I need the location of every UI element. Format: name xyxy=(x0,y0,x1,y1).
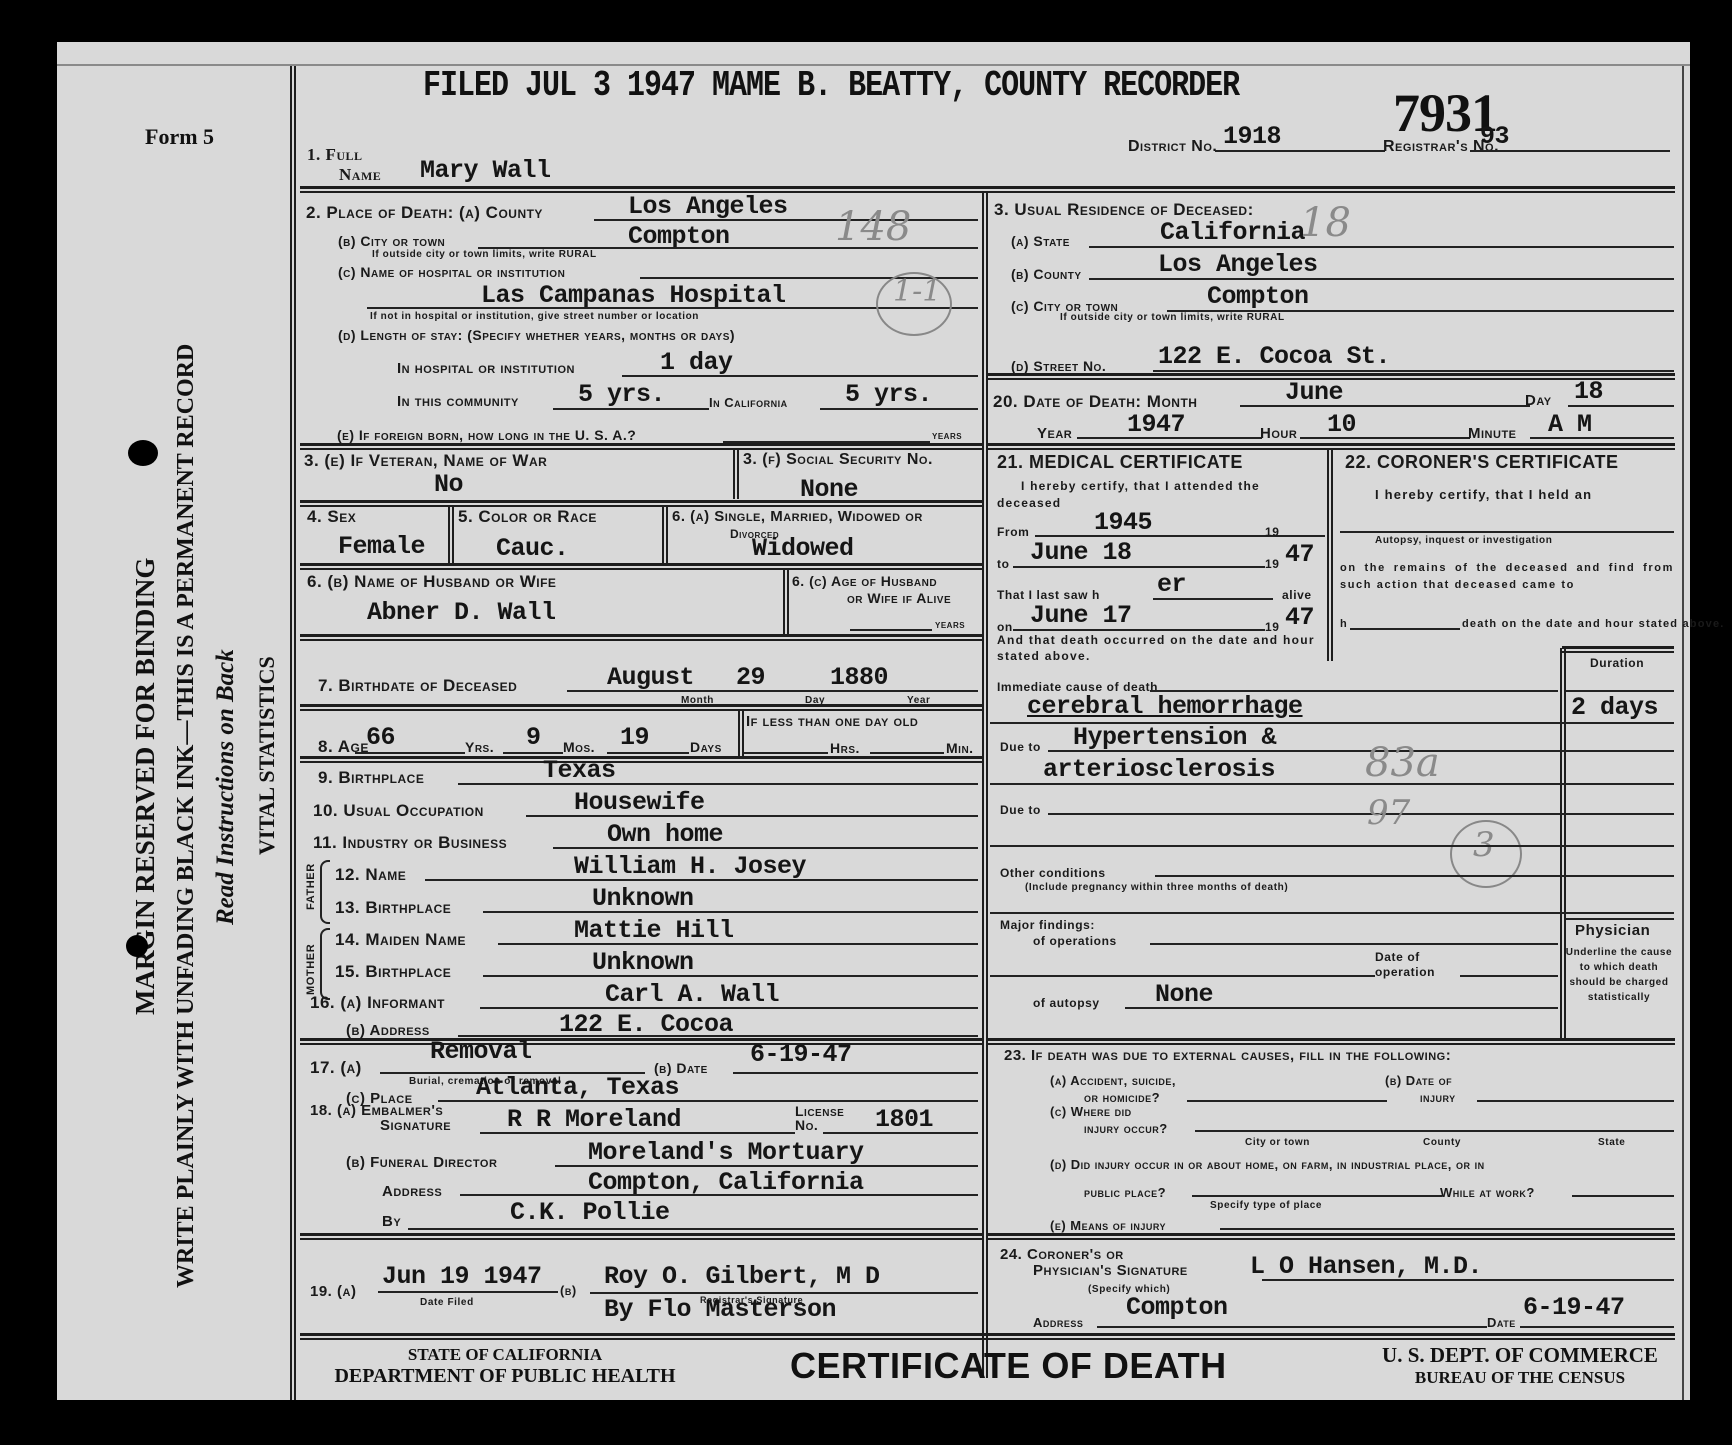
hospital-label: (c) Name of hospital or institution xyxy=(338,264,565,280)
birthplace-value: Texas xyxy=(543,756,616,785)
divider xyxy=(300,443,982,450)
district-underline xyxy=(1215,150,1385,152)
means-of-injury-label: (e) Means of injury xyxy=(1050,1218,1166,1233)
annotation-83a: 83a xyxy=(1365,740,1440,786)
underline xyxy=(1566,918,1674,920)
divider xyxy=(300,634,982,641)
underline xyxy=(607,752,689,754)
margin-vital-statistics: VITAL STATISTICS xyxy=(254,656,280,855)
underline xyxy=(1048,750,1674,752)
underline xyxy=(1153,370,1674,372)
embalmer-label: 18. (a) Embalmer's xyxy=(310,1103,443,1118)
attended-to-year: 47 xyxy=(1285,540,1314,569)
underline xyxy=(378,1291,558,1293)
underline xyxy=(1192,1195,1442,1197)
underline xyxy=(820,408,978,410)
age-months-label: Mos. xyxy=(563,739,595,755)
divider xyxy=(300,756,982,763)
nineteen-1: 19 xyxy=(1265,525,1280,539)
underline xyxy=(503,752,563,754)
district-label: District No. xyxy=(1128,138,1217,156)
underline xyxy=(480,1007,978,1009)
other-conditions-hint: (Include pregnancy within three months o… xyxy=(1025,882,1288,893)
occupation-label: 10. Usual Occupation xyxy=(313,801,484,821)
underline xyxy=(1460,975,1558,977)
underline xyxy=(744,752,828,754)
disposition-place: Atlanta, Texas xyxy=(476,1073,679,1102)
residence-label: 3. Usual Residence of Deceased: xyxy=(994,200,1254,220)
footer-state: STATE OF CALIFORNIA xyxy=(300,1345,710,1365)
foreign-label: (e) If foreign born, how long in the U. … xyxy=(337,427,636,443)
birth-month: August xyxy=(607,663,694,692)
divider xyxy=(986,1038,1675,1045)
other-conditions-label: Other conditions xyxy=(1000,866,1106,880)
underline xyxy=(438,1100,978,1102)
underline xyxy=(1089,246,1674,248)
underline xyxy=(823,1132,978,1134)
registrar-underline xyxy=(1470,150,1670,152)
physician-note: Underline the cause to which death shoul… xyxy=(1563,945,1675,1005)
underline xyxy=(1340,531,1674,533)
due-to-label-2: Due to xyxy=(1000,803,1041,817)
attended-to: June 18 xyxy=(1030,538,1132,567)
residence-county: Los Angeles xyxy=(1158,250,1318,279)
cell-divider xyxy=(733,449,739,499)
field-1-full: Full xyxy=(326,145,363,164)
annotation-18: 18 xyxy=(1300,200,1351,246)
spouse-label: 6. (b) Name of Husband or Wife xyxy=(307,572,556,592)
underline xyxy=(1262,1279,1674,1281)
date-filed-hint: Date Filed xyxy=(420,1297,474,1308)
mother-maiden-value: Mattie Hill xyxy=(574,916,734,945)
industry-value: Own home xyxy=(607,820,723,849)
underline xyxy=(355,752,465,754)
nineteen-2: 19 xyxy=(1265,557,1280,571)
divider xyxy=(300,500,982,507)
date-of-injury-label: (b) Date of xyxy=(1385,1073,1452,1088)
less-than-day-label: If less than one day old xyxy=(746,713,918,730)
last-saw-label: That I last saw h xyxy=(997,588,1100,602)
due-to-label: Due to xyxy=(1000,740,1041,754)
injury-label: injury xyxy=(1420,1090,1456,1105)
physician-signature: L O Hansen, M.D. xyxy=(1250,1252,1482,1281)
death-minute: A M xyxy=(1548,410,1592,439)
mother-maiden-label: 14. Maiden Name xyxy=(335,930,466,950)
physician-date-label: Date xyxy=(1487,1315,1516,1330)
father-tag: FATHER xyxy=(305,863,317,910)
underline xyxy=(1477,1100,1674,1102)
divider xyxy=(986,1233,1675,1240)
to-label: to xyxy=(997,557,1010,571)
place-type-hint: Specify type of place xyxy=(1210,1200,1322,1211)
immediate-cause-value: cerebral hemorrhage xyxy=(1027,692,1303,721)
age-years-label: Yrs. xyxy=(465,739,494,755)
autopsy-label: of autopsy xyxy=(1033,996,1100,1010)
father-name-label: 12. Name xyxy=(335,865,406,885)
medical-intro: I hereby certify, that I attended the de… xyxy=(997,478,1327,512)
from-label: From xyxy=(997,525,1029,539)
form-label: Form 5 xyxy=(145,124,214,150)
hour-label: Hour xyxy=(1260,425,1297,442)
major-findings-label: Major findings: xyxy=(1000,918,1095,932)
minute-label: Minute xyxy=(1468,425,1517,442)
embalmer-signature-label: Signature xyxy=(380,1118,451,1133)
informant-label: 16. (a) Informant xyxy=(310,993,445,1013)
registrar-signature: Roy O. Gilbert, M D xyxy=(604,1262,880,1291)
sex-value: Female xyxy=(338,532,425,561)
director-address-value: Compton, California xyxy=(588,1168,864,1197)
foreign-years-label: years xyxy=(932,428,962,442)
signature-label-2: Physician's Signature xyxy=(1033,1263,1188,1278)
underline xyxy=(1077,437,1262,439)
underline xyxy=(498,943,978,945)
where-label: (c) Where did xyxy=(1050,1104,1132,1119)
underline xyxy=(850,629,932,631)
death-month: June xyxy=(1285,378,1343,407)
disposition-date: 6-19-47 xyxy=(750,1040,852,1069)
stay-label: (d) Length of stay: (Specify whether yea… xyxy=(338,327,735,343)
underline xyxy=(1155,875,1674,877)
underline xyxy=(1566,690,1674,692)
mother-tag: MOTHER xyxy=(305,944,317,995)
residence-city: Compton xyxy=(1207,282,1309,311)
underline xyxy=(460,1194,978,1196)
footer-divider xyxy=(300,1333,1675,1340)
death-year: 1947 xyxy=(1127,410,1185,439)
birth-day: 29 xyxy=(736,663,765,692)
divider xyxy=(300,1038,982,1045)
injury-place-label: (d) Did injury occur in or about home, o… xyxy=(1050,1157,1485,1172)
underline xyxy=(483,911,978,913)
age-label: 8. Age xyxy=(318,737,369,757)
father-bracket xyxy=(320,860,330,924)
filing-b-label: (b) xyxy=(560,1283,577,1298)
underline xyxy=(1240,405,1530,407)
embalmer-value: R R Moreland xyxy=(507,1105,681,1134)
underline xyxy=(1125,1007,1558,1009)
underline xyxy=(990,912,1674,914)
underline xyxy=(1572,1195,1674,1197)
underline xyxy=(1187,1100,1387,1102)
spouse-age-years: years xyxy=(935,617,965,631)
signature-label: 24. Coroner's or xyxy=(1000,1247,1124,1262)
annotation-1-1: 1-1 xyxy=(893,274,941,309)
autopsy-value: None xyxy=(1155,980,1213,1009)
field-1-num: 1. xyxy=(307,145,321,164)
community-label: In this community xyxy=(397,393,519,410)
hospital-hint: If not in hospital or institution, give … xyxy=(370,311,699,322)
last-saw-year: 47 xyxy=(1285,603,1314,632)
underline xyxy=(990,845,1674,847)
underline xyxy=(458,783,978,785)
underline xyxy=(458,1035,978,1037)
mother-birthplace-value: Unknown xyxy=(592,948,694,977)
underline xyxy=(990,975,1375,977)
residence-street: 122 E. Cocoa St. xyxy=(1158,342,1390,371)
disposition-label: 17. (a) xyxy=(310,1058,362,1078)
hrs-label: Hrs. xyxy=(830,740,860,756)
death-hour: 10 xyxy=(1327,410,1356,439)
underline xyxy=(990,783,1674,785)
district-number: 1918 xyxy=(1223,122,1281,151)
license-no-label: No. xyxy=(795,1118,818,1132)
county-hint: County xyxy=(1423,1137,1461,1148)
underline xyxy=(526,815,978,817)
residence-state: California xyxy=(1160,218,1305,247)
physician-title: Physician xyxy=(1575,922,1650,939)
column-divider xyxy=(982,192,988,1378)
place-of-death-label: 2. Place of Death: (a) County xyxy=(306,203,543,223)
last-saw-value: er xyxy=(1157,570,1186,599)
divider xyxy=(300,704,982,711)
in-hospital-value: 1 day xyxy=(660,348,733,377)
community-value: 5 yrs. xyxy=(578,380,665,409)
registrar-number: 93 xyxy=(1480,122,1509,151)
coroner-hint: Autopsy, inquest or investigation xyxy=(1375,535,1552,546)
underline xyxy=(594,219,978,221)
sex-label: 4. Sex xyxy=(307,507,356,527)
underline xyxy=(1089,278,1674,280)
california-value: 5 yrs. xyxy=(845,380,932,409)
funeral-director-value: Moreland's Mortuary xyxy=(588,1138,864,1167)
underline xyxy=(483,975,978,977)
veteran-value: No xyxy=(434,470,463,499)
date-of-death-label: 20. Date of Death: Month xyxy=(993,392,1197,412)
underline xyxy=(1150,943,1558,945)
right-border xyxy=(1682,66,1684,1400)
state-hint: State xyxy=(1598,1137,1625,1148)
informant-value: Carl A. Wall xyxy=(605,980,779,1009)
date-operation-label: Date of xyxy=(1375,950,1420,964)
field-1-name-label: Name xyxy=(339,165,381,185)
binding-hole xyxy=(126,935,148,957)
year-label: Year xyxy=(1037,425,1072,442)
occupation-value: Housewife xyxy=(574,788,705,817)
ssn-label: 3. (f) Social Security No. xyxy=(743,451,933,469)
underline xyxy=(553,408,709,410)
divider xyxy=(300,1233,982,1240)
medical-title: 21. Medical Certificate xyxy=(997,452,1243,473)
spouse-value: Abner D. Wall xyxy=(367,598,556,627)
cell-divider xyxy=(783,568,789,634)
birth-year: 1880 xyxy=(830,663,888,692)
informant-address-label: (b) Address xyxy=(346,1022,430,1039)
left-border xyxy=(290,66,296,1400)
underline xyxy=(1350,628,1460,630)
filing-label: 19. (a) xyxy=(310,1283,356,1300)
duration-value: 2 days xyxy=(1571,693,1658,722)
california-label: In California xyxy=(709,395,788,410)
underline xyxy=(480,1132,795,1134)
binding-hole xyxy=(128,440,158,466)
in-hospital-label: In hospital or institution xyxy=(397,360,575,377)
father-name-value: William H. Josey xyxy=(574,852,806,881)
annotation-148: 148 xyxy=(835,204,911,250)
filed-stamp: FILED JUL 3 1947 MAME B. BEATTY, COUNTY … xyxy=(423,66,1239,107)
underline xyxy=(1048,813,1674,815)
underline xyxy=(1097,1326,1487,1328)
underline xyxy=(553,847,978,849)
veteran-label: 3. (e) If Veteran, Name of War xyxy=(304,451,547,471)
underline xyxy=(733,1072,978,1074)
day-label: Day xyxy=(1525,392,1552,409)
coroner-title: 22. Coroner's Certificate xyxy=(1345,452,1618,473)
footer-commerce: U. S. DEPT. OF COMMERCE xyxy=(1360,1343,1680,1368)
physician-date: 6-19-47 xyxy=(1523,1293,1625,1322)
min-label: Min. xyxy=(946,740,974,756)
race-value: Cauc. xyxy=(496,534,569,563)
mother-bracket xyxy=(320,928,330,1000)
age-years: 66 xyxy=(366,723,395,752)
spouse-age-label-2: or Wife if Alive xyxy=(847,590,951,606)
age-days-label: Days xyxy=(690,739,722,755)
license-value: 1801 xyxy=(875,1105,933,1134)
duration-label: Duration xyxy=(1590,656,1644,670)
accident-label: (a) Accident, suicide, xyxy=(1050,1073,1176,1088)
birthplace-label: 9. Birthplace xyxy=(318,768,424,788)
margin-permanent-record: WRITE PLAINLY WITH UNFADING BLACK INK—TH… xyxy=(173,344,200,1288)
full-name-value: Mary Wall xyxy=(420,156,551,185)
divider xyxy=(1562,646,1674,653)
physician-address: Compton xyxy=(1126,1293,1228,1322)
cell-divider xyxy=(738,710,744,758)
underline xyxy=(1013,566,1265,568)
cell-divider xyxy=(448,505,454,563)
license-label: License xyxy=(795,1104,844,1118)
underline xyxy=(1285,535,1325,537)
public-place-label: public place? xyxy=(1084,1185,1166,1200)
by-value: C.K. Pollie xyxy=(510,1198,670,1227)
city-hint: City or town xyxy=(1245,1137,1310,1148)
by-label: By xyxy=(382,1213,401,1230)
father-birthplace-value: Unknown xyxy=(592,884,694,913)
underline xyxy=(1195,1130,1674,1132)
due-to-value-1: Hypertension & xyxy=(1073,723,1276,752)
physician-address-label: Address xyxy=(1033,1315,1083,1330)
date-filed-value: Jun 19 1947 xyxy=(382,1262,542,1291)
attended-from: 1945 xyxy=(1094,508,1152,537)
underline xyxy=(622,375,978,377)
age-months: 9 xyxy=(526,723,541,752)
margin-instructions: Read Instructions on Back xyxy=(212,649,240,925)
underline xyxy=(1300,437,1470,439)
race-label: 5. Color or Race xyxy=(458,507,597,527)
last-saw-date: June 17 xyxy=(1030,601,1132,630)
funeral-director-label: (b) Funeral Director xyxy=(346,1154,497,1171)
underline xyxy=(567,690,978,692)
underline xyxy=(1530,437,1674,439)
annotation-97: 97 xyxy=(1367,793,1410,833)
cell-divider xyxy=(662,505,668,563)
res-county-label: (b) County xyxy=(1011,266,1082,282)
death-day: 18 xyxy=(1574,377,1603,406)
coroner-line1: I hereby certify, that I held an xyxy=(1375,487,1592,502)
underline xyxy=(1153,598,1273,600)
cert-divider xyxy=(1327,449,1333,661)
city-label: (b) City or town xyxy=(338,233,445,249)
industry-label: 11. Industry or Business xyxy=(313,833,507,853)
coroner-line3-b: death on the date and hour stated above. xyxy=(1462,618,1725,630)
certificate-title: CERTIFICATE OF DEATH xyxy=(790,1345,1227,1387)
footer-dept: DEPARTMENT OF PUBLIC HEALTH xyxy=(300,1365,710,1388)
underline xyxy=(408,1228,978,1230)
mother-birthplace-label: 15. Birthplace xyxy=(335,962,451,982)
injury-occur-label: injury occur? xyxy=(1084,1121,1168,1136)
coroner-line2: on the remains of the deceased and find … xyxy=(1340,560,1674,594)
underline xyxy=(1520,1326,1674,1328)
deputy-signature: By Flo Masterson xyxy=(604,1295,836,1324)
hospital-name: Las Campanas Hospital xyxy=(481,281,786,310)
director-address-label: Address xyxy=(382,1183,442,1200)
state-label: (a) State xyxy=(1011,233,1070,249)
underline xyxy=(590,1292,978,1294)
operations-label: of operations xyxy=(1033,934,1117,948)
while-at-work-label: While at work? xyxy=(1440,1185,1535,1200)
underline xyxy=(1220,1228,1674,1230)
divider xyxy=(300,563,982,570)
date-operation-label-2: operation xyxy=(1375,965,1435,979)
marital-label: 6. (a) Single, Married, Widowed or xyxy=(672,508,923,525)
father-birthplace-label: 13. Birthplace xyxy=(335,898,451,918)
underline xyxy=(1568,405,1674,407)
marital-value: Widowed xyxy=(752,534,854,563)
underline xyxy=(1035,535,1285,537)
underline xyxy=(870,752,944,754)
disposition-value: Removal xyxy=(430,1037,532,1066)
age-days: 19 xyxy=(620,723,649,752)
external-title: 23. If death was due to external causes,… xyxy=(1004,1047,1451,1064)
birthdate-label: 7. Birthdate of Deceased xyxy=(318,676,517,696)
alive-label: alive xyxy=(1282,588,1312,602)
street-label: (d) Street No. xyxy=(1011,358,1106,374)
field-1-label: 1. Full xyxy=(307,145,363,165)
footer-census: BUREAU OF THE CENSUS xyxy=(1360,1368,1680,1388)
due-to-value-2: arteriosclerosis xyxy=(1043,755,1275,784)
death-county: Los Angeles xyxy=(628,192,788,221)
city-hint: If outside city or town limits, write RU… xyxy=(372,249,597,260)
death-occurred-text: And that death occurred on the date and … xyxy=(997,632,1327,664)
underline xyxy=(1013,629,1265,631)
underline xyxy=(555,1165,978,1167)
spouse-age-label: 6. (c) Age of Husband xyxy=(792,573,937,589)
homicide-label: or homicide? xyxy=(1084,1090,1160,1105)
res-city-hint: If outside city or town limits, write RU… xyxy=(1060,312,1285,323)
underline xyxy=(425,879,978,881)
coroner-line3-a: h xyxy=(1340,618,1347,630)
